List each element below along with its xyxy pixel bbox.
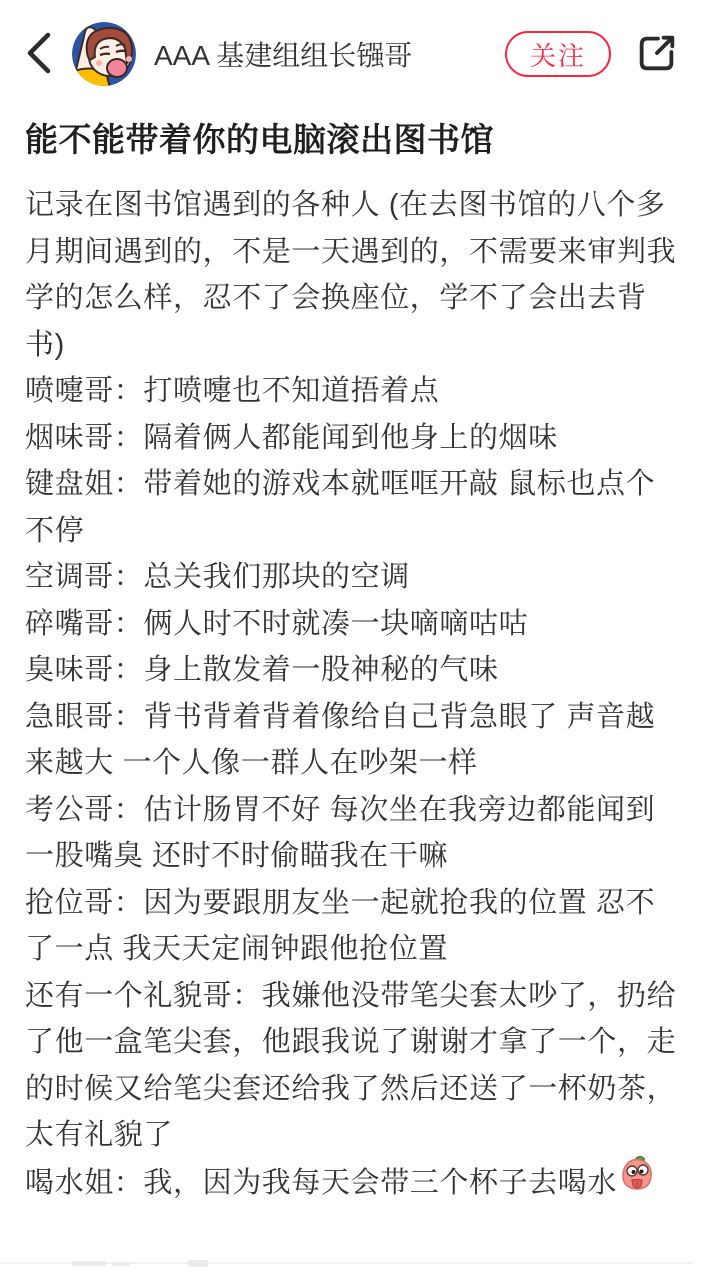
share-button[interactable] (633, 30, 681, 78)
avatar[interactable] (72, 22, 136, 86)
post-last-line-text: 喝水姐：我，因为我每天会带三个杯子去喝水 (25, 1160, 617, 1207)
post-body: 记录在图书馆遇到的各种人 (在去图书馆的八个多 月期间遇到的，不是一天遇到的，不… (25, 182, 678, 1159)
cartoon-avatar-image (72, 22, 136, 86)
chevron-left-icon (22, 30, 54, 79)
post-title: 能不能带着你的电脑滚出图书馆 (25, 116, 678, 164)
naughty-tongue-out-sticker-icon (619, 1155, 655, 1208)
cutoff-next-line (0, 1250, 703, 1280)
back-button[interactable] (22, 27, 62, 81)
post-content: 能不能带着你的电脑滚出图书馆 记录在图书馆遇到的各种人 (在去图书馆的八个多 月… (0, 116, 703, 1207)
follow-button[interactable]: 关注 (505, 31, 611, 77)
post-last-line: 喝水姐：我，因为我每天会带三个杯子去喝水 (25, 1159, 678, 1208)
username[interactable]: AAA 基建组组长镪哥 (154, 34, 505, 74)
nav-header: AAA 基建组组长镪哥 关注 (0, 0, 703, 108)
share-export-icon (634, 30, 680, 79)
